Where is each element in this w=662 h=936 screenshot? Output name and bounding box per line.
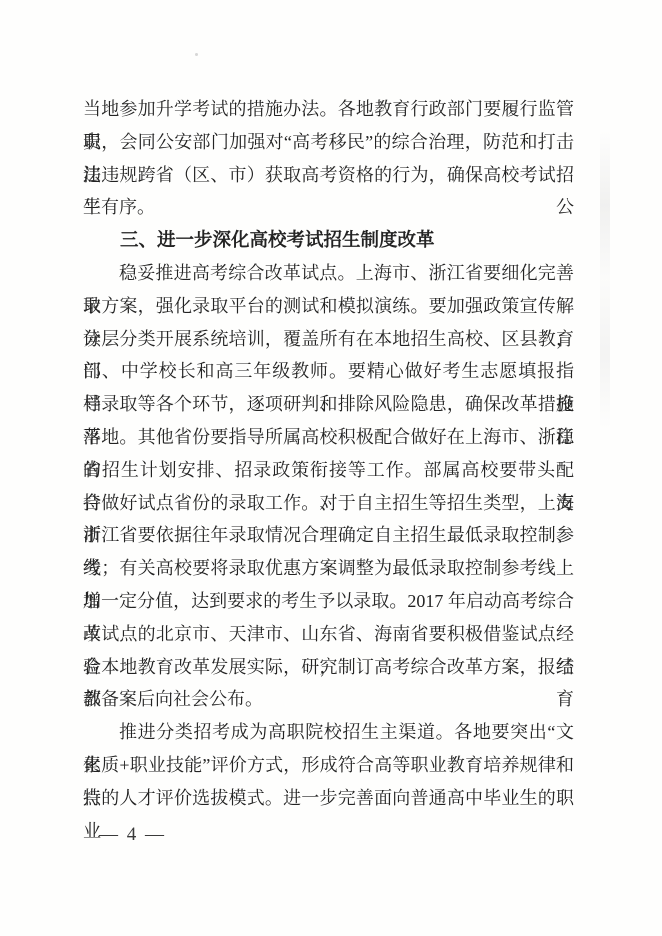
scan-noise-smudge xyxy=(600,130,610,430)
text-line: 线；有关高校要将录取优惠方案调整为最低录取控制参考线上增 xyxy=(83,552,574,585)
scan-noise-speck xyxy=(195,53,198,56)
section-heading: 三、进一步深化高校考试招生制度改革 xyxy=(83,224,574,257)
text-line: 合本地教育改革发展实际，研究制订高考综合改革方案，报经教育 xyxy=(83,651,574,684)
text-line: 浙江省要依据往年录取情况合理确定自主招生最低录取控制参考 xyxy=(83,519,574,552)
paragraph-last-line: 部备案后向社会公布。 xyxy=(83,683,574,716)
document-body: 当地参加升学考试的措施办法。各地教育行政部门要履行监管职 责，会同公安部门加强对… xyxy=(83,93,574,815)
paragraph-first-line: 推进分类招考成为高职院校招生主渠道。各地要突出“文化 xyxy=(83,716,574,749)
text-line: 门、中学校长和高三年级教师。要精心做好考生志愿填报指导、投 xyxy=(83,355,574,388)
page-number: — 4 — xyxy=(99,824,166,846)
text-line: 取方案，强化录取平台的测试和模拟演练。要加强政策宣传解读， xyxy=(83,290,574,323)
text-line: 点的人才评价选拔模式。进一步完善面向普通高中毕业生的职业 xyxy=(83,782,574,815)
text-line: 平有序。 xyxy=(83,191,574,224)
text-line: 落地。其他省份要指导所属高校积极配合做好在上海市、浙江省 xyxy=(83,421,574,454)
text-line: 加一定分值，达到要求的考生予以录取。2017 年启动高考综合改 xyxy=(83,585,574,618)
text-line: 档录取等各个环节，逐项研判和排除风险隐患，确保改革措施平稳 xyxy=(83,388,574,421)
paragraph-first-line: 稳妥推进高考综合改革试点。上海市、浙江省要细化完善录 xyxy=(83,257,574,290)
scanned-document-page: 当地参加升学考试的措施办法。各地教育行政部门要履行监管职 责，会同公安部门加强对… xyxy=(0,0,662,936)
text-line: 革试点的北京市、天津市、山东省、海南省要积极借鉴试点经验，结 xyxy=(83,618,574,651)
text-line: 法违规跨省（区、市）获取高考资格的行为，确保高校考试招生公 xyxy=(83,159,574,192)
text-line: 持做好试点省份的录取工作。对于自主招生等招生类型，上海市、 xyxy=(83,487,574,520)
text-line: 分层分类开展系统培训，覆盖所有在本地招生高校、区县教育部 xyxy=(83,323,574,356)
text-line: 当地参加升学考试的措施办法。各地教育行政部门要履行监管职 xyxy=(83,93,574,126)
text-line: 素质+职业技能”评价方式，形成符合高等职业教育培养规律和特 xyxy=(83,749,574,782)
text-line: 责，会同公安部门加强对“高考移民”的综合治理，防范和打击违 xyxy=(83,126,574,159)
text-line: 的招生计划安排、招录政策衔接等工作。部属高校要带头配合、支 xyxy=(83,454,574,487)
